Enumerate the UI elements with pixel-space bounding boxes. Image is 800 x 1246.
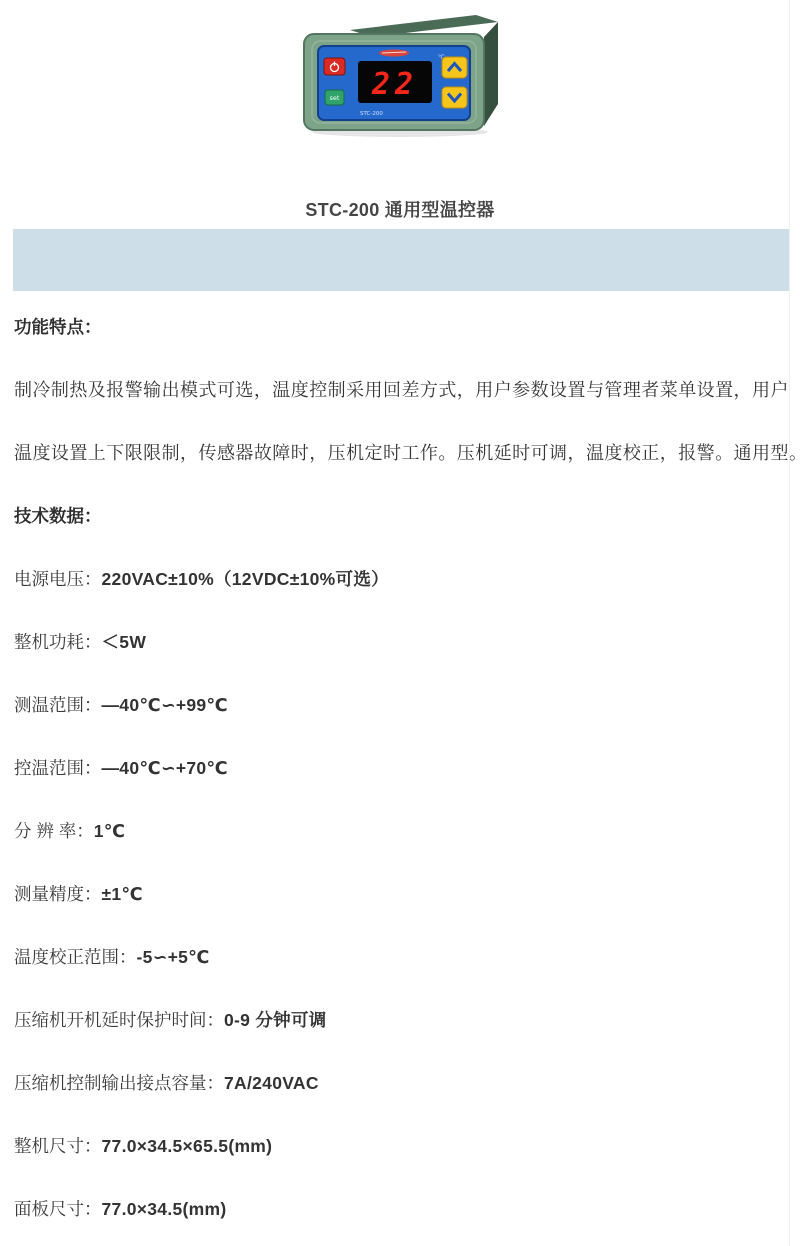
features-heading: 功能特点：: [14, 296, 790, 359]
spec-label: 测量精度：: [14, 884, 102, 904]
content-area: 功能特点： 制冷制热及报警输出模式可选，温度控制采用回差方式，用户参数设置与管理…: [0, 296, 800, 1241]
spec-label: 面板尺寸：: [14, 1199, 102, 1219]
spec-value: 220VAC±10%（12VDC±10%可选）: [102, 569, 389, 589]
spec-row-measure-range: 测温范围：—40℃∽+99℃: [14, 674, 790, 737]
spec-row-resolution: 分 辨 率：1℃: [14, 800, 790, 863]
spec-row-calibration-range: 温度校正范围：-5∽+5℃: [14, 926, 790, 989]
spec-row-compressor-delay: 压缩机开机延时保护时间：0-9 分钟可调: [14, 989, 790, 1052]
display-digits: 22: [370, 67, 417, 102]
spec-label: 压缩机控制输出接点容量：: [14, 1073, 224, 1093]
up-button: [442, 57, 467, 78]
feature-description-line-2: 温度设置上下限限制，传感器故障时，压机定时工作。压机延时可调，温度校正，报警。通…: [14, 422, 790, 485]
spec-label: 整机功耗：: [14, 632, 102, 652]
feature-description-line-1: 制冷制热及报警输出模式可选，温度控制采用回差方式，用户参数设置与管理者菜单设置，…: [14, 359, 790, 422]
spec-row-power-consumption: 整机功耗：＜5W: [14, 611, 790, 674]
product-image: 22 ℃ set STC-200: [0, 0, 800, 138]
spec-value: 7A/240VAC: [224, 1073, 319, 1093]
specs-heading: 技术数据：: [14, 485, 790, 548]
spec-row-accuracy: 测量精度：±1℃: [14, 863, 790, 926]
device-case-side: [484, 22, 498, 126]
spec-value: 1℃: [94, 821, 126, 841]
spec-label: 温度校正范围：: [14, 947, 137, 967]
spec-label: 整机尺寸：: [14, 1136, 102, 1156]
spec-label: 控温范围：: [14, 758, 102, 778]
spec-label: 电源电压：: [14, 569, 102, 589]
spec-label: 压缩机开机延时保护时间：: [14, 1010, 224, 1030]
spec-label: 测温范围：: [14, 695, 102, 715]
spec-value: ±1℃: [102, 884, 143, 904]
spec-value: 0-9 分钟可调: [224, 1010, 327, 1030]
spec-row-panel-size: 面板尺寸：77.0×34.5(mm): [14, 1178, 790, 1241]
spec-value: 77.0×34.5×65.5(mm): [102, 1136, 273, 1156]
spec-label: 分 辨 率：: [14, 821, 94, 841]
spec-row-overall-size: 整机尺寸：77.0×34.5×65.5(mm): [14, 1115, 790, 1178]
product-title: STC-200 通用型温控器: [0, 198, 800, 222]
page-root: 22 ℃ set STC-200 STC-200 通用型温控器 功能特点： 制冷…: [0, 0, 800, 1246]
spec-value: 77.0×34.5(mm): [102, 1199, 227, 1219]
device-model-label: STC-200: [360, 111, 383, 117]
set-button-label: set: [329, 94, 339, 102]
spec-value: -5∽+5℃: [137, 947, 210, 967]
spec-value: —40℃∽+70℃: [102, 758, 228, 778]
info-banner: [13, 229, 789, 291]
spec-value: —40℃∽+99℃: [102, 695, 228, 715]
device-photo: 22 ℃ set STC-200: [288, 8, 513, 138]
spec-row-output-capacity: 压缩机控制输出接点容量：7A/240VAC: [14, 1052, 790, 1115]
spec-row-power-voltage: 电源电压：220VAC±10%（12VDC±10%可选）: [14, 548, 790, 611]
down-button: [442, 87, 467, 108]
page-right-divider: [789, 0, 790, 1246]
spec-row-control-range: 控温范围：—40℃∽+70℃: [14, 737, 790, 800]
spec-value: ＜5W: [102, 632, 147, 652]
power-button: [324, 58, 345, 75]
